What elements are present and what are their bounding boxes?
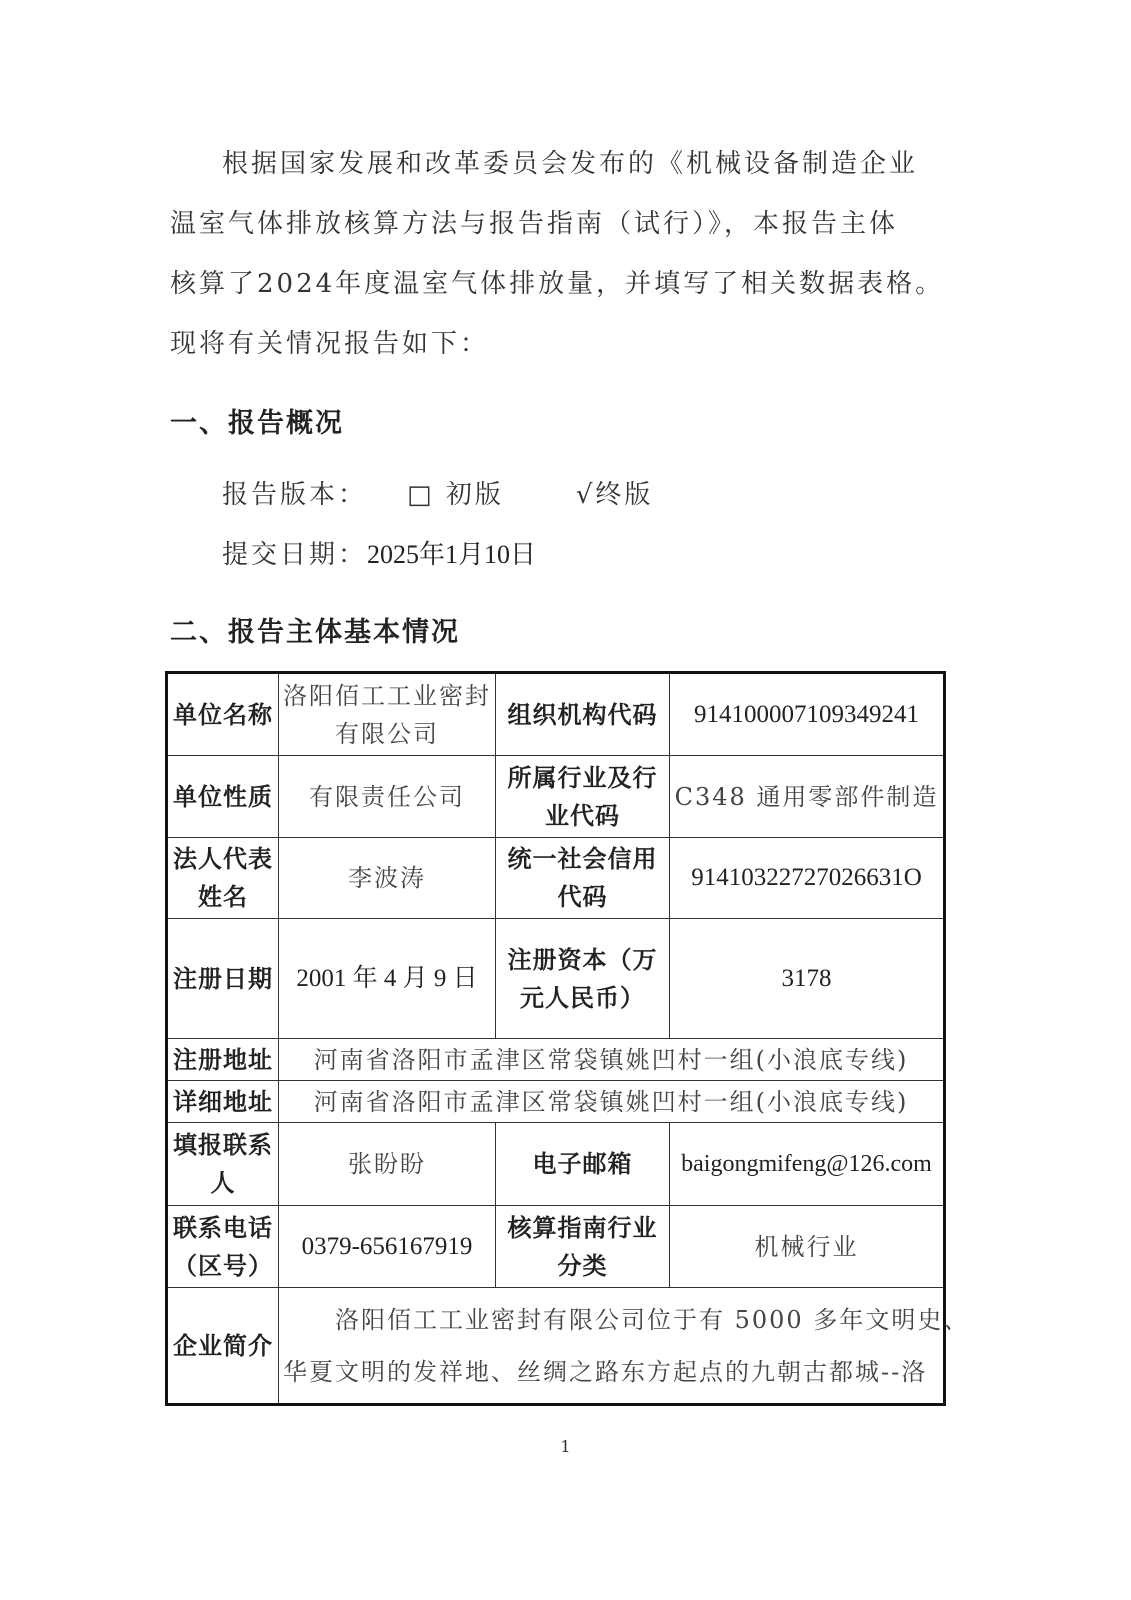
label-email: 电子邮箱: [496, 1123, 670, 1206]
label-unit-name: 单位名称: [167, 673, 279, 756]
version-option-final: √终版: [576, 480, 654, 510]
report-version-label: 报告版本：: [222, 480, 367, 510]
value-reg-capital: 3178: [670, 919, 945, 1039]
value-phone: 0379-656167919: [279, 1206, 496, 1288]
label-reg-address: 注册地址: [167, 1039, 279, 1081]
label-contact-person: 填报联系人: [167, 1123, 279, 1206]
table-row: 详细地址 河南省洛阳市孟津区常袋镇姚凹村一组(小浪底专线): [167, 1081, 945, 1123]
label-legal-rep: 法人代表姓名: [167, 838, 279, 919]
table-row: 单位性质 有限责任公司 所属行业及行业代码 C348 通用零部件制造: [167, 756, 945, 838]
value-credit-code: 91410322727026631O: [670, 838, 945, 919]
value-reg-date: 2001 年 4 月 9 日: [279, 919, 496, 1039]
label-phone: 联系电话（区号）: [167, 1206, 279, 1288]
label-guide-category: 核算指南行业分类: [496, 1206, 670, 1288]
value-org-code: 914100007109349241: [670, 673, 945, 756]
value-reg-address: 河南省洛阳市孟津区常袋镇姚凹村一组(小浪底专线): [279, 1039, 945, 1081]
submit-date-line: 提交日期：2025年1月10日: [222, 534, 536, 571]
table-row: 注册地址 河南省洛阳市孟津区常袋镇姚凹村一组(小浪底专线): [167, 1039, 945, 1081]
value-detail-address: 河南省洛阳市孟津区常袋镇姚凹村一组(小浪底专线): [279, 1081, 945, 1123]
intro-line-1: 根据国家发展和改革委员会发布的《机械设备制造企业: [170, 134, 950, 194]
intro-line-4: 现将有关情况报告如下：: [170, 314, 950, 374]
entity-info-table: 单位名称 洛阳佰工工业密封有限公司 组织机构代码 914100007109349…: [165, 671, 946, 1406]
table-row: 单位名称 洛阳佰工工业密封有限公司 组织机构代码 914100007109349…: [167, 673, 945, 756]
label-industry: 所属行业及行业代码: [496, 756, 670, 838]
section-1-title: 一、报告概况: [170, 401, 344, 440]
label-reg-capital: 注册资本（万元人民币）: [496, 919, 670, 1039]
value-industry: C348 通用零部件制造: [670, 756, 945, 838]
table-row: 填报联系人 张盼盼 电子邮箱 baigongmifeng@126.com: [167, 1123, 945, 1206]
report-version-line: 报告版本：□ 初版√终版: [222, 474, 653, 511]
label-credit-code: 统一社会信用代码: [496, 838, 670, 919]
value-guide-category: 机械行业: [670, 1206, 945, 1288]
value-unit-name: 洛阳佰工工业密封有限公司: [279, 673, 496, 756]
label-reg-date: 注册日期: [167, 919, 279, 1039]
table-row: 法人代表姓名 李波涛 统一社会信用代码 91410322727026631O: [167, 838, 945, 919]
submit-date-value: 2025年1月10日: [367, 540, 536, 569]
value-email: baigongmifeng@126.com: [670, 1123, 945, 1206]
company-intro-line-2: 华夏文明的发祥地、丝绸之路东方起点的九朝古都城--洛: [283, 1346, 941, 1398]
company-intro-line-1: 洛阳佰工工业密封有限公司位于有 5000 多年文明史、: [283, 1294, 941, 1346]
intro-paragraph: 根据国家发展和改革委员会发布的《机械设备制造企业 温室气体排放核算方法与报告指南…: [170, 134, 950, 374]
value-unit-type: 有限责任公司: [279, 756, 496, 838]
intro-line-2: 温室气体排放核算方法与报告指南（试行）》，本报告主体: [170, 194, 950, 254]
table-row: 企业简介 洛阳佰工工业密封有限公司位于有 5000 多年文明史、 华夏文明的发祥…: [167, 1288, 945, 1405]
value-legal-rep: 李波涛: [279, 838, 496, 919]
intro-line-3: 核算了2024年度温室气体排放量，并填写了相关数据表格。: [170, 254, 950, 314]
label-detail-address: 详细地址: [167, 1081, 279, 1123]
label-company-intro: 企业简介: [167, 1288, 279, 1405]
version-option-initial: □ 初版: [407, 480, 504, 510]
value-company-intro: 洛阳佰工工业密封有限公司位于有 5000 多年文明史、 华夏文明的发祥地、丝绸之…: [279, 1288, 945, 1405]
table-row: 注册日期 2001 年 4 月 9 日 注册资本（万元人民币） 3178: [167, 919, 945, 1039]
value-contact-person: 张盼盼: [279, 1123, 496, 1206]
table-row: 联系电话（区号） 0379-656167919 核算指南行业分类 机械行业: [167, 1206, 945, 1288]
page-number: 1: [0, 1437, 1131, 1456]
submit-date-label: 提交日期：: [222, 540, 367, 570]
label-org-code: 组织机构代码: [496, 673, 670, 756]
section-2-title: 二、报告主体基本情况: [170, 610, 460, 649]
label-unit-type: 单位性质: [167, 756, 279, 838]
